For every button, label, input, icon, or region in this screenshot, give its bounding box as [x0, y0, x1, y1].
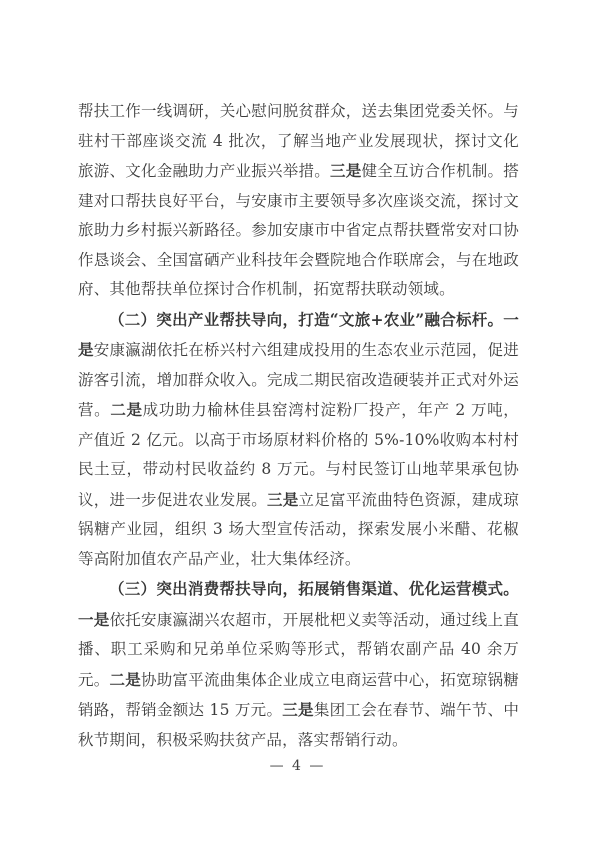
bold-text-segment: （三）突出消费帮扶导向，拓展销售渠道、优化运营模式。 [109, 579, 519, 598]
paragraph: （三）突出消费帮扶导向，拓展销售渠道、优化运营模式。一是依托安康瀛湖兴农超市，开… [78, 574, 519, 755]
page-number: — 4 — [0, 758, 595, 774]
document-page: 帮扶工作一线调研，关心慰问脱贫群众，送去集团党委关怀。与驻村干部座谈交流 4 批… [0, 0, 595, 841]
bold-text-segment: 三是 [282, 700, 314, 719]
text-segment: 健全互访合作机制。搭建对口帮扶良好平台，与安康市主要领导多次座谈交流，探讨文旅助… [78, 162, 519, 298]
bold-text-segment: 一是 [78, 610, 110, 629]
bold-text-segment: 二是 [110, 670, 142, 689]
document-body: 帮扶工作一线调研，关心慰问脱贫群众，送去集团党委关怀。与驻村干部座谈交流 4 批… [78, 97, 519, 755]
bold-text-segment: （二）突出产业帮扶导向，打造“文旅+农业”融合标杆。 [109, 310, 503, 329]
bold-text-segment: 三是 [267, 490, 299, 509]
paragraph: （二）突出产业帮扶导向，打造“文旅+农业”融合标杆。一是安康瀛湖依托在桥兴村六组… [78, 305, 519, 575]
bold-text-segment: 三是 [330, 161, 362, 180]
paragraph: 帮扶工作一线调研，关心慰问脱贫群众，送去集团党委关怀。与驻村干部座谈交流 4 批… [78, 97, 519, 305]
bold-text-segment: 二是 [110, 400, 142, 419]
